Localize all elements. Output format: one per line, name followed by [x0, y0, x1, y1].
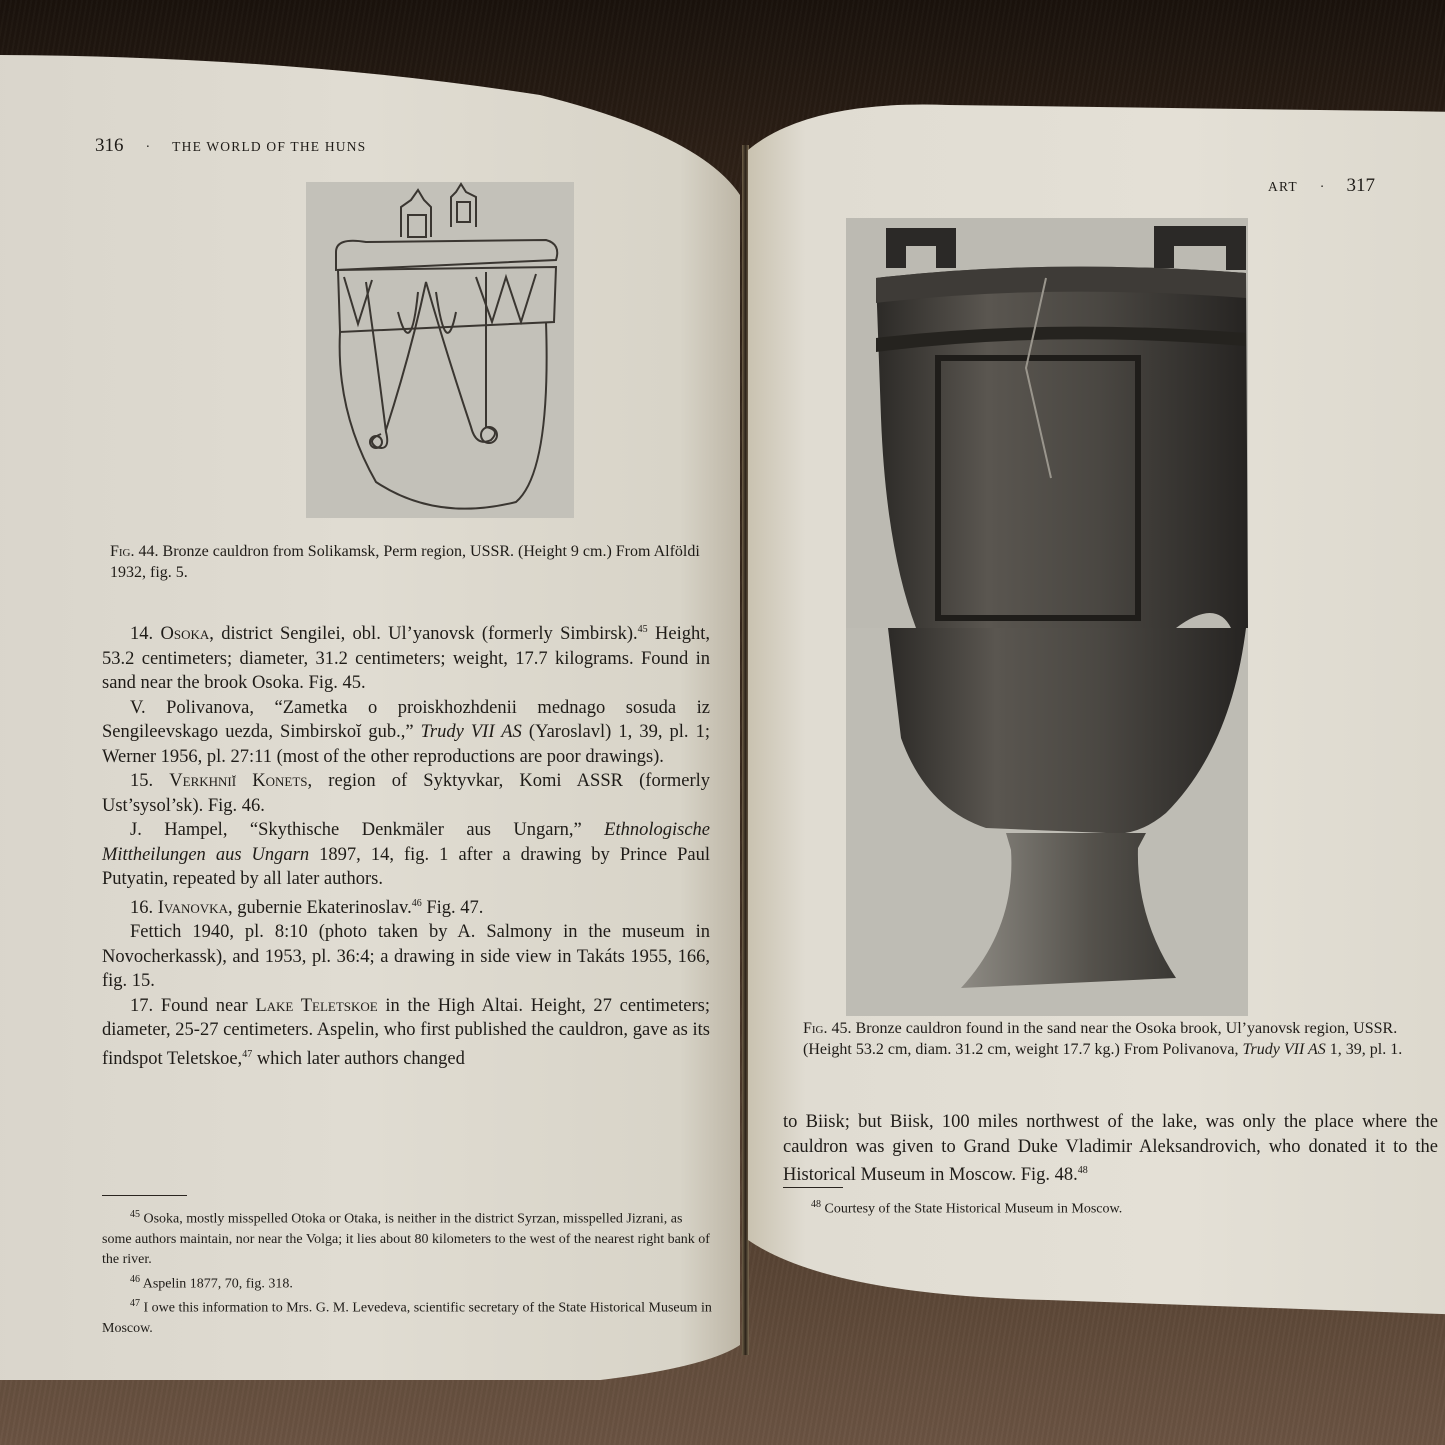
- cauldron-photo-icon: [846, 218, 1248, 628]
- footnote-46: 46 Aspelin 1877, 70, fig. 318.: [102, 1270, 712, 1295]
- reference-paragraph: J. Hampel, “Skythische Denkmäler aus Ung…: [102, 818, 710, 892]
- figure-label: Fig.: [803, 1020, 828, 1037]
- footnote-47: 47 I owe this information to Mrs. G. M. …: [102, 1294, 712, 1339]
- left-running-head: 316 · THE WORLD OF THE HUNS: [95, 135, 366, 157]
- caption-title: Trudy VII AS: [1243, 1041, 1326, 1058]
- site-name: Osoka: [160, 624, 209, 644]
- entry-17: 17. Found near Lake Teletskoe in the Hig…: [102, 994, 710, 1072]
- footnote-48: 48 Courtesy of the State Historical Muse…: [783, 1195, 1433, 1220]
- running-head-separator: ·: [146, 140, 151, 156]
- entry-16: 16. Ivanovka, gubernie Ekaterinoslav.46 …: [102, 892, 710, 921]
- figure-45-caption: Fig. 45. Bronze cauldron found in the sa…: [803, 1018, 1443, 1060]
- figure-45-photo: [846, 218, 1248, 628]
- figure-44-caption: Fig. 44. Bronze cauldron from Solikamsk,…: [110, 541, 720, 583]
- footnote-ref: 47: [242, 1049, 252, 1060]
- right-page: ART · 317: [748, 100, 1445, 1315]
- entry-14: 14. Osoka, district Sengilei, obl. Ul’ya…: [102, 618, 710, 696]
- body-paragraph: to Biisk; but Biisk, 100 miles northwest…: [783, 1110, 1438, 1188]
- footnote-rule: [102, 1195, 187, 1196]
- site-name: Verkhniĭ Konets: [169, 771, 307, 791]
- reference-paragraph: V. Polivanova, “Zametka o proiskhozhdeni…: [102, 696, 710, 770]
- figure-44-drawing: [306, 182, 574, 518]
- figure-label: Fig.: [110, 543, 135, 560]
- caption-text-end: 1, 39, pl. 1.: [1326, 1041, 1402, 1058]
- entry-15: 15. Verkhniĭ Konets, region of Syktyvkar…: [102, 769, 710, 818]
- site-name: Lake Teletskoe: [255, 996, 377, 1016]
- catalog-entries: 14. Osoka, district Sengilei, obl. Ul’ya…: [102, 618, 710, 1071]
- caption-text: 44. Bronze cauldron from Solikamsk, Perm…: [110, 543, 700, 581]
- reference-paragraph: Fettich 1940, pl. 8:10 (photo taken by A…: [102, 920, 710, 994]
- page-number: 317: [1346, 175, 1375, 197]
- footnote-ref: 48: [1078, 1165, 1088, 1176]
- footnote-ref: 46: [412, 898, 422, 909]
- footnotes: 45 Osoka, mostly misspelled Otoka or Ota…: [102, 1205, 712, 1339]
- continued-text: to Biisk; but Biisk, 100 miles northwest…: [783, 1110, 1438, 1188]
- right-running-head: ART · 317: [1268, 175, 1375, 197]
- book-gutter: [742, 145, 749, 1355]
- running-head-separator: ·: [1320, 180, 1325, 196]
- page-number: 316: [95, 135, 124, 157]
- footnote-45: 45 Osoka, mostly misspelled Otoka or Ota…: [102, 1205, 712, 1270]
- footnote-ref: 45: [638, 624, 648, 635]
- site-name: Ivanovka: [158, 898, 228, 918]
- cauldron-drawing-icon: [306, 182, 574, 518]
- figure-45-photo-lower: [846, 628, 1248, 1016]
- cauldron-foot-icon: [846, 628, 1248, 1016]
- left-page: 316 · THE WORLD OF THE HUNS Fig.: [0, 55, 740, 1380]
- running-head-title: THE WORLD OF THE HUNS: [172, 139, 366, 155]
- footnotes: 48 Courtesy of the State Historical Muse…: [783, 1195, 1433, 1220]
- running-head-title: ART: [1268, 179, 1298, 195]
- footnote-rule: [783, 1187, 843, 1188]
